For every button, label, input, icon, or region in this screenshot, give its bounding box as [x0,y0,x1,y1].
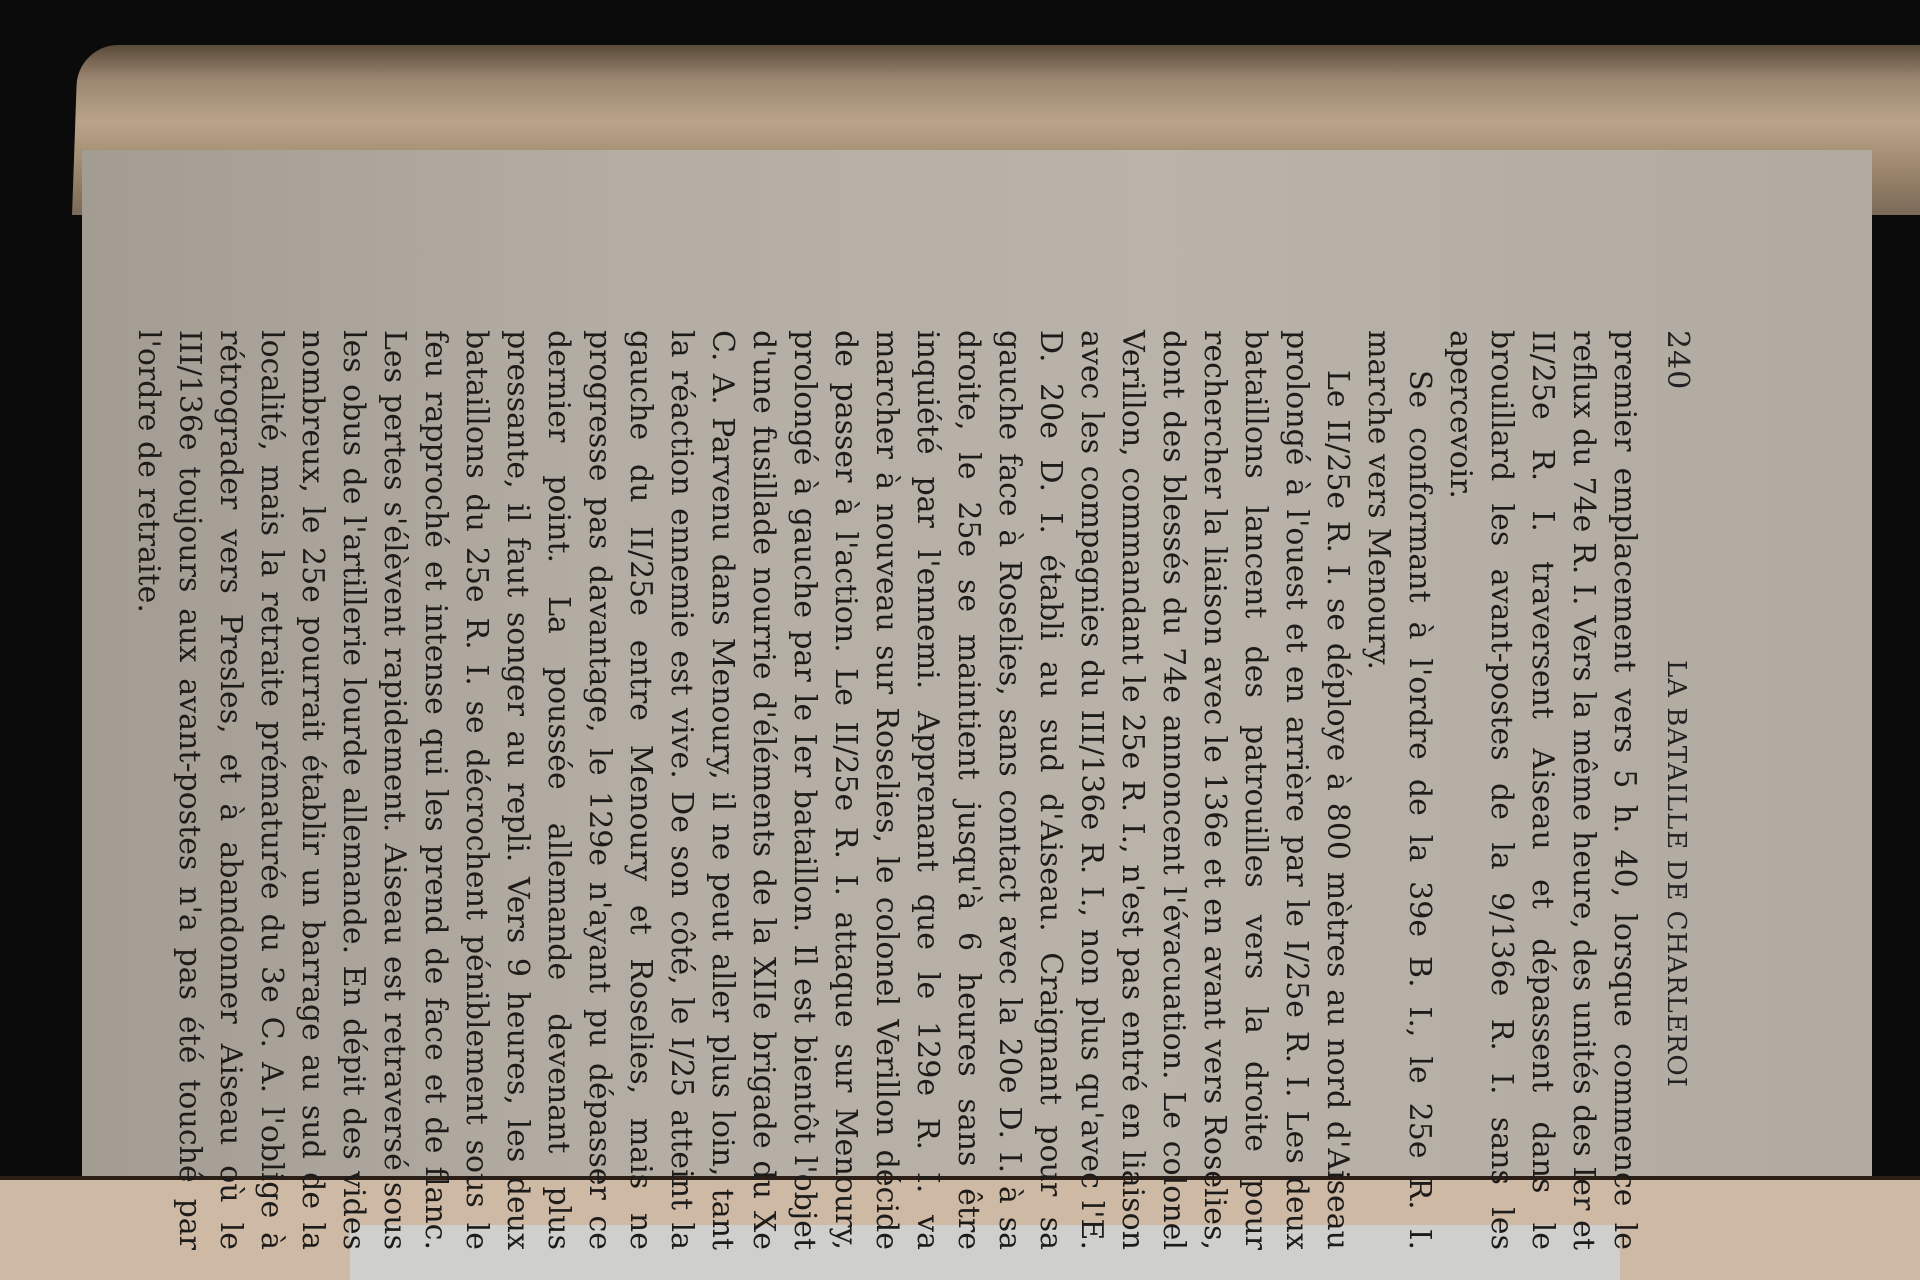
running-header: LA BATAILLE DE CHARLEROI [1661,660,1691,1088]
paragraph: premier emplacement vers 5 h. 40, lorsqu… [1440,330,1645,1250]
paragraph: Le II/25e R. I. se déploye à 800 mètres … [128,330,1358,1250]
body-text: premier emplacement vers 5 h. 40, lorsqu… [128,330,1645,1250]
page-number: 240 [1660,330,1695,660]
paragraph: Se conformant à l'ordre de la 39e B. I.,… [1358,330,1440,1250]
page-header: 240 LA BATAILLE DE CHARLEROI [1645,330,1695,1250]
rotated-text-block: 240 LA BATAILLE DE CHARLEROI premier emp… [335,330,1695,1250]
